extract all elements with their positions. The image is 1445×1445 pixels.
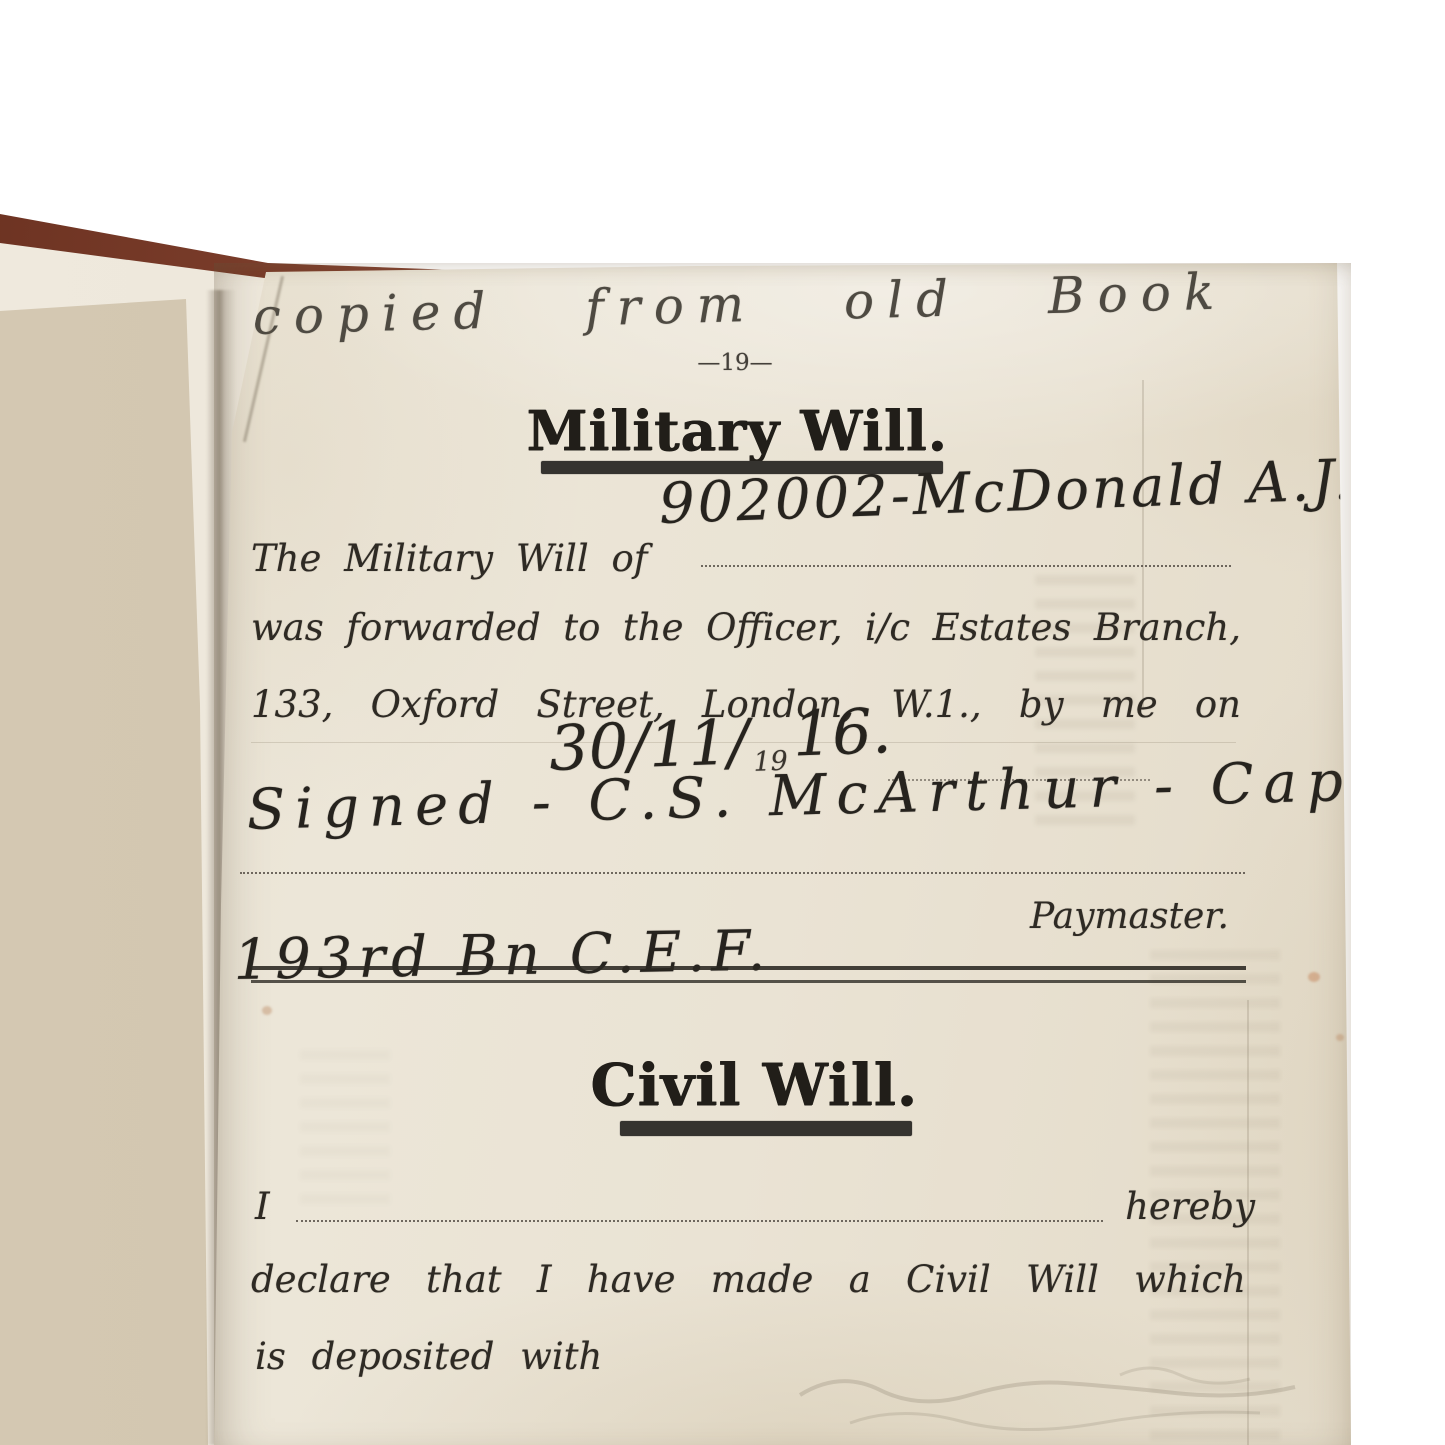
foxing-spot xyxy=(1336,1034,1344,1041)
date-year: 16. xyxy=(792,694,893,770)
paymaster-label: Paymaster. xyxy=(1030,896,1229,937)
pencil-scribble-bleedthrough xyxy=(790,1355,1310,1440)
archival-note-handwriting: copied from old Book xyxy=(252,262,1228,345)
declaration-start: I xyxy=(255,1185,270,1228)
military-will-heading: Military Will. xyxy=(487,403,987,458)
foxing-spot xyxy=(1308,972,1320,982)
civil-will-heading: Civil Will. xyxy=(504,1056,1004,1114)
page-number: —19— xyxy=(689,350,781,376)
heading-underline-bar xyxy=(620,1121,912,1136)
fill-in-line xyxy=(701,565,1231,567)
signature-fill-line xyxy=(240,872,1245,874)
signature-handwriting: Signed - C.S. McArthur - Capt xyxy=(246,748,1386,843)
form-line2: was forwarded to the Officer, i/c Estate… xyxy=(251,606,1241,650)
section-divider-double-rule xyxy=(251,966,1246,983)
civil-declaration-line1: I hereby xyxy=(255,1185,1255,1228)
declaration-end: hereby xyxy=(1125,1185,1255,1228)
civil-declaration-line3: is deposited with xyxy=(255,1335,602,1378)
foxing-spot xyxy=(262,1006,272,1015)
photographed-paybook-page: copied from old Book —19— Military Will.… xyxy=(0,0,1445,1445)
form-line1-label: The Military Will of xyxy=(251,537,647,580)
civil-declaration-line2: declare that I have made a Civil Will wh… xyxy=(251,1258,1246,1302)
fill-in-line xyxy=(296,1220,1103,1222)
paper-fold-line xyxy=(1142,380,1144,710)
